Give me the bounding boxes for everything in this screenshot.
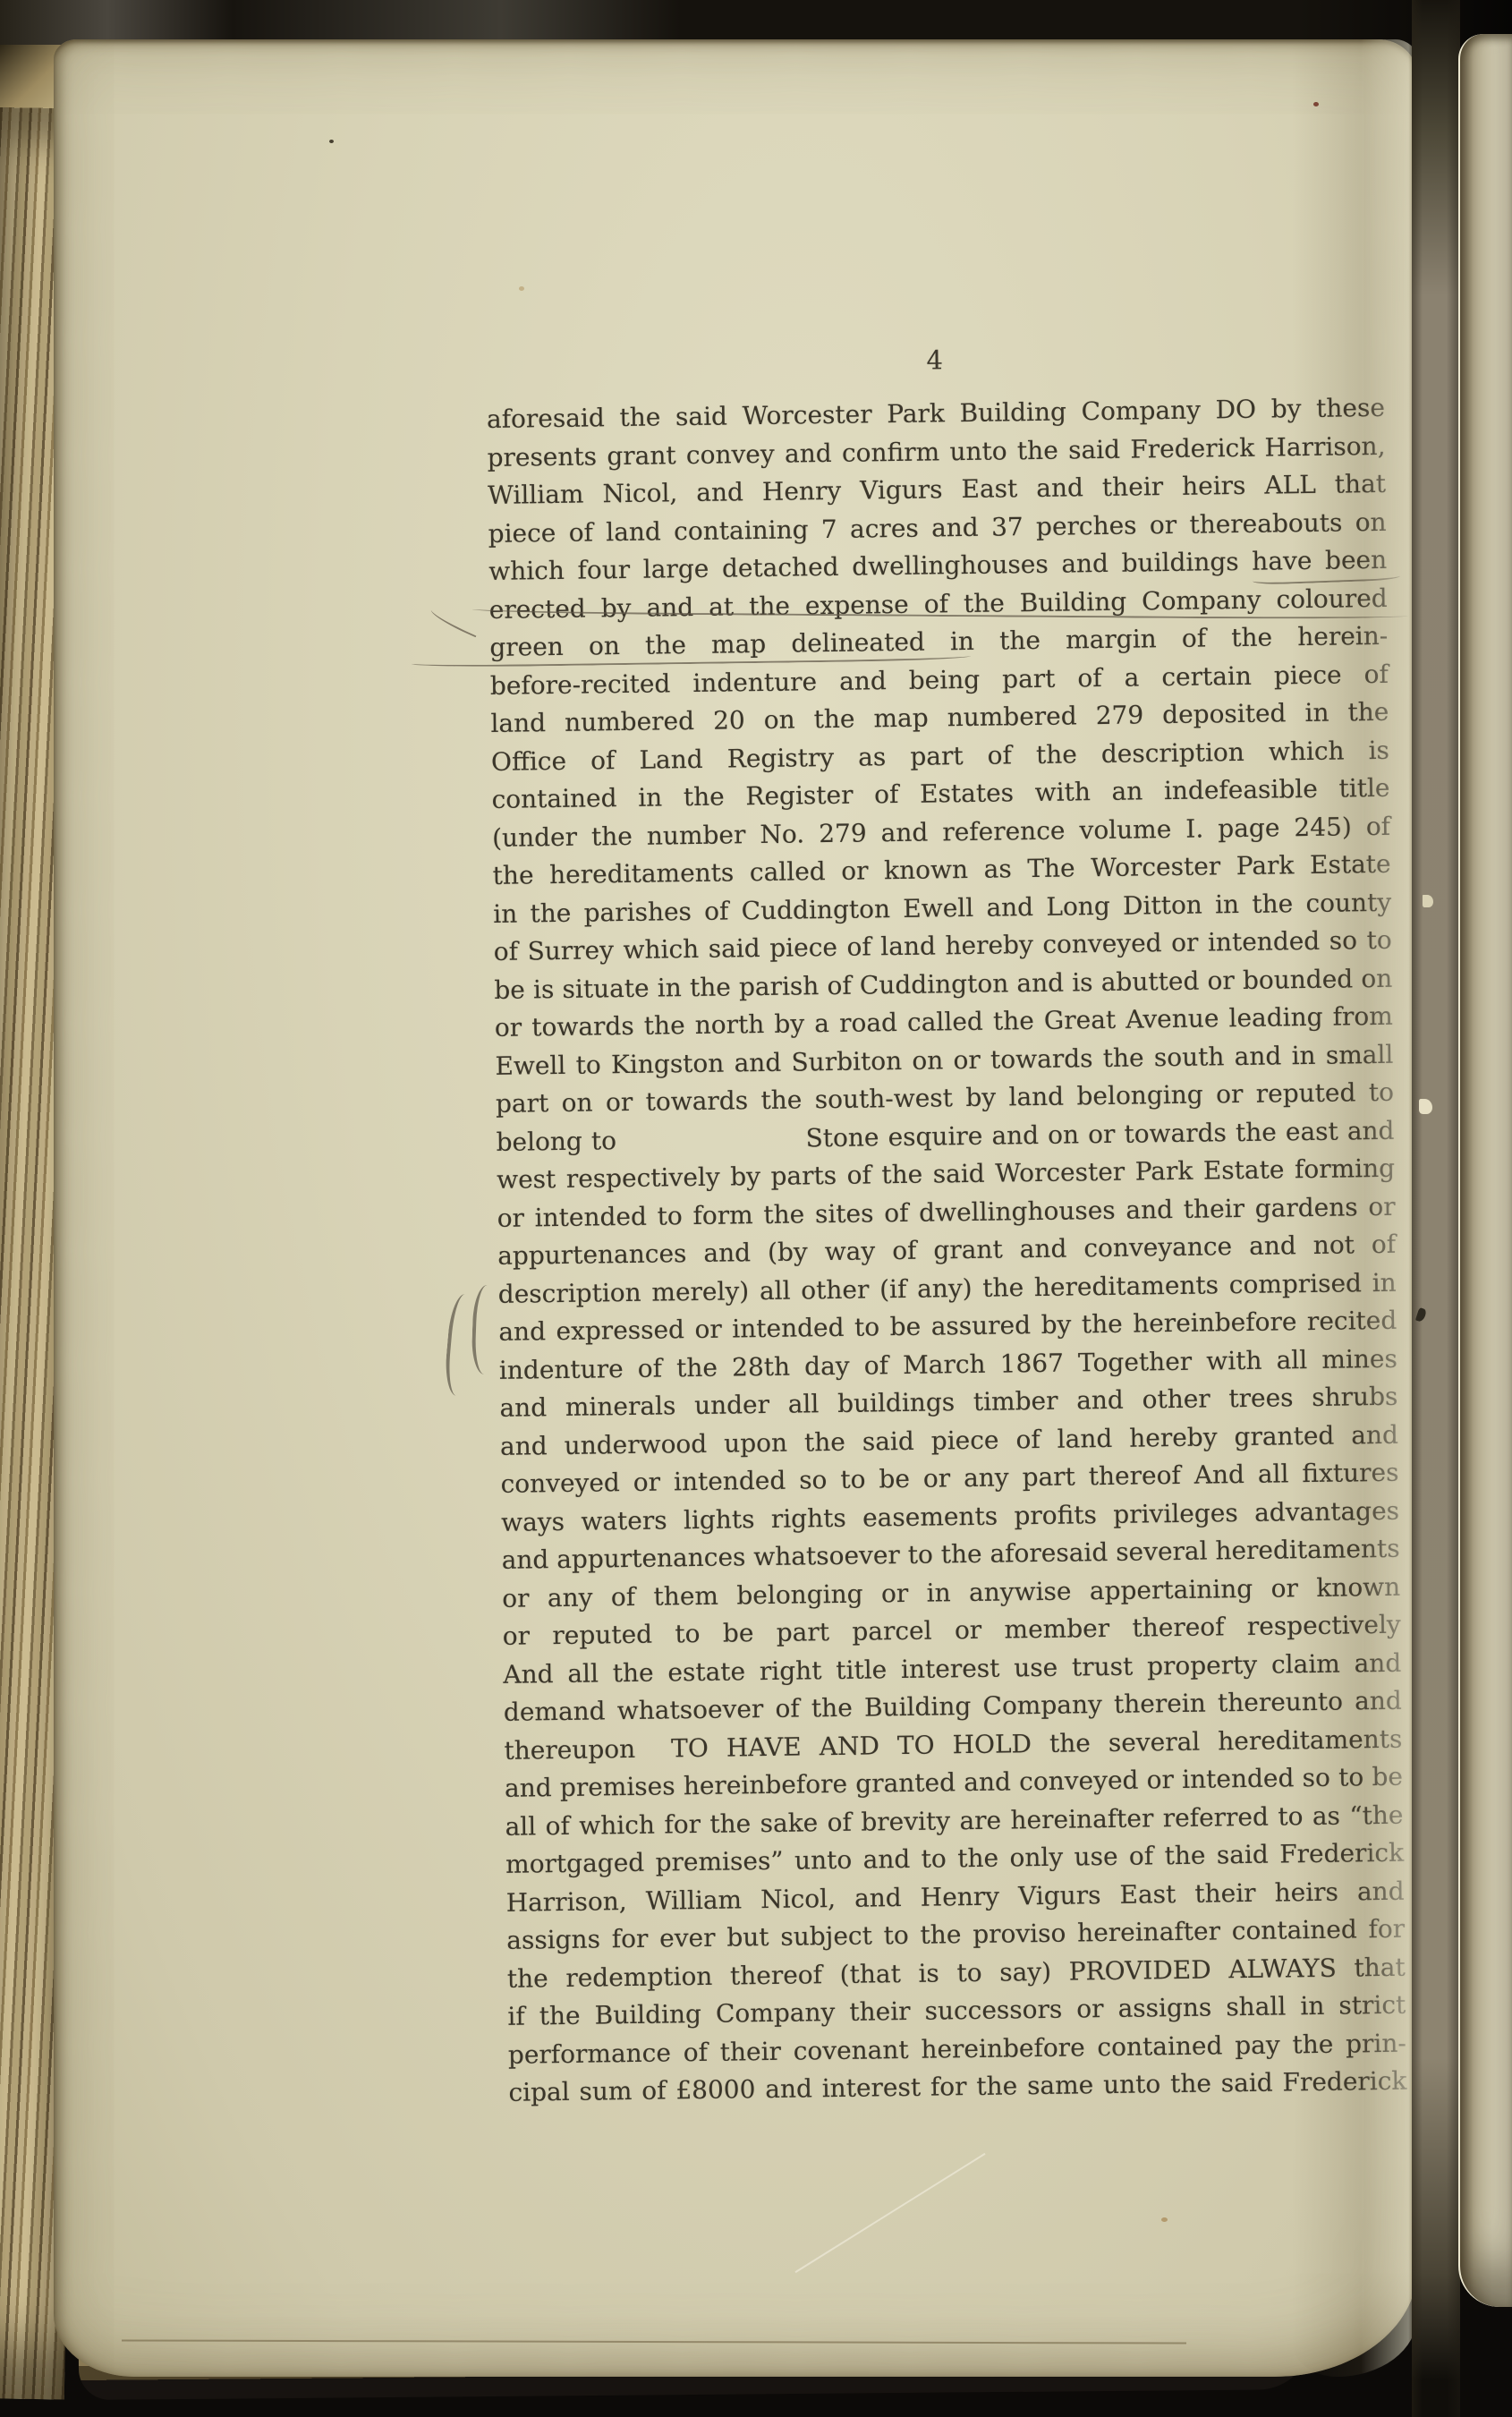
document-text: 4 aforesaid the said Worcester Park Buil… [486, 339, 1407, 2112]
paper-speck [1161, 2217, 1168, 2222]
pencil-underline-tail [429, 609, 480, 638]
scratch-mark [794, 2153, 985, 2273]
gutter-notch [1423, 895, 1433, 907]
bottom-crease [122, 2339, 1186, 2344]
paper-speck [329, 140, 334, 143]
book-gutter [1412, 0, 1460, 2417]
paper-speck [519, 286, 524, 291]
document-page: 4 aforesaid the said Worcester Park Buil… [54, 39, 1417, 2377]
paper-speck [1313, 102, 1319, 106]
gutter-notch [1419, 1099, 1432, 1114]
text-lines: aforesaid the said Worcester Park Buildi… [487, 389, 1407, 2112]
pencil-margin-mark [471, 1285, 500, 1375]
adjacent-page-edge [1458, 34, 1512, 2307]
